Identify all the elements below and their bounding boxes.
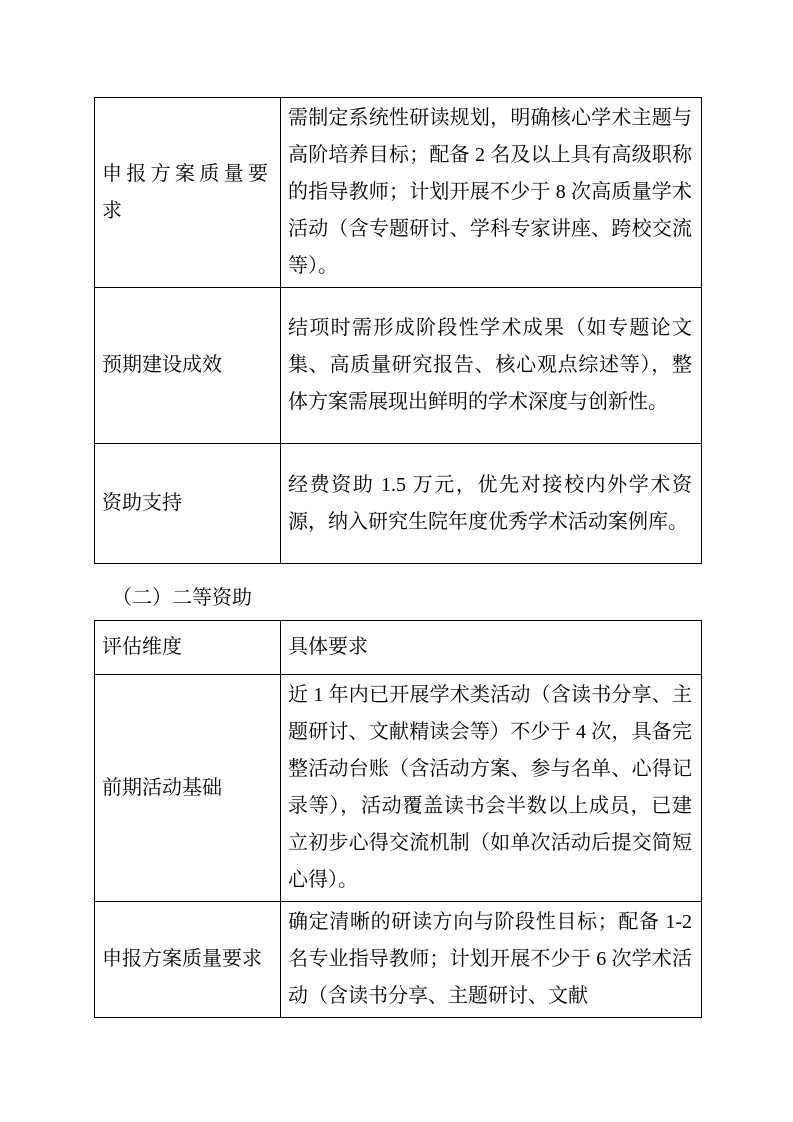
row-label-prior-activity-base: 前期活动基础 <box>95 675 281 902</box>
row-content-funding-support: 经费资助 1.5 万元，优先对接校内外学术资源，纳入研究生院年度优秀学术活动案例… <box>281 444 702 564</box>
row-content-application-quality: 需制定系统性研读规划，明确核心学术主题与高阶培养目标；配备 2 名及以上具有高级… <box>281 98 702 288</box>
row-content-application-quality-2: 确定清晰的研读方向与阶段性目标；配备 1-2 名专业指导教师；计划开展不少于 6… <box>281 902 702 1018</box>
first-tier-funding-table: 申报方案质量要求 需制定系统性研读规划，明确核心学术主题与高阶培养目标；配备 2… <box>94 97 702 564</box>
row-label-application-quality: 申报方案质量要求 <box>95 98 281 288</box>
row-label-funding-support: 资助支持 <box>95 444 281 564</box>
section-heading-second-tier: （二）二等资助 <box>112 583 252 613</box>
row-label-application-quality-2: 申报方案质量要求 <box>95 902 281 1018</box>
table-row: 申报方案质量要求 确定清晰的研读方向与阶段性目标；配备 1-2 名专业指导教师；… <box>95 902 702 1018</box>
table-row: 资助支持 经费资助 1.5 万元，优先对接校内外学术资源，纳入研究生院年度优秀学… <box>95 444 702 564</box>
table-row: 前期活动基础 近 1 年内已开展学术类活动（含读书分享、主题研讨、文献精读会等）… <box>95 675 702 902</box>
row-content-prior-activity-base: 近 1 年内已开展学术类活动（含读书分享、主题研讨、文献精读会等）不少于 4 次… <box>281 675 702 902</box>
column-header-specific-requirements: 具体要求 <box>281 621 702 675</box>
column-header-evaluation-dimension: 评估维度 <box>95 621 281 675</box>
table-row: 预期建设成效 结项时需形成阶段性学术成果（如专题论文集、高质量研究报告、核心观点… <box>95 288 702 444</box>
table-row: 申报方案质量要求 需制定系统性研读规划，明确核心学术主题与高阶培养目标；配备 2… <box>95 98 702 288</box>
second-tier-funding-table: 评估维度 具体要求 前期活动基础 近 1 年内已开展学术类活动（含读书分享、主题… <box>94 620 702 1018</box>
table-header-row: 评估维度 具体要求 <box>95 621 702 675</box>
document-page: 申报方案质量要求 需制定系统性研读规划，明确核心学术主题与高阶培养目标；配备 2… <box>0 0 793 1122</box>
row-label-expected-outcomes: 预期建设成效 <box>95 288 281 444</box>
row-content-expected-outcomes: 结项时需形成阶段性学术成果（如专题论文集、高质量研究报告、核心观点综述等），整体… <box>281 288 702 444</box>
